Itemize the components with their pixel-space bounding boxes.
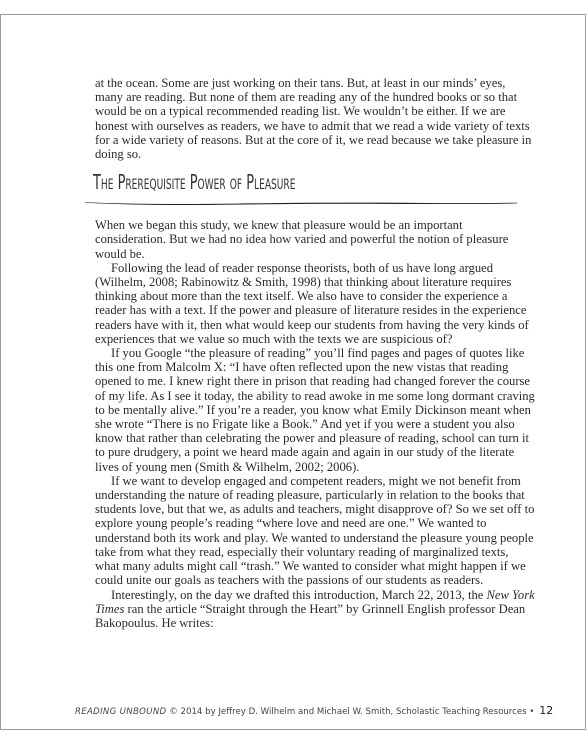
section-heading-block: The Prerequisite Power of Pleasure xyxy=(95,175,535,209)
paragraph-4: If we want to develop engaged and compet… xyxy=(95,474,535,588)
page-footer: READING UNBOUND © 2014 by Jeffrey D. Wil… xyxy=(75,704,505,717)
paragraph-5: Interestingly, on the day we drafted thi… xyxy=(95,588,535,631)
footer-separator: • xyxy=(527,707,538,717)
paragraph-5-text-a: Interestingly, on the day we drafted thi… xyxy=(111,588,487,602)
footer-credit: © 2014 by Jeffrey D. Wilhelm and Michael… xyxy=(166,707,526,717)
intro-paragraph: at the ocean. Some are just working on t… xyxy=(95,76,535,161)
paragraph-3: If you Google “the pleasure of reading” … xyxy=(95,346,535,474)
footer-book-title: READING UNBOUND xyxy=(75,707,166,717)
paragraph-2: Following the lead of reader response th… xyxy=(95,261,535,346)
page-number: 12 xyxy=(539,704,553,717)
paragraph-1: When we began this study, we knew that p… xyxy=(95,218,535,261)
page-body: at the ocean. Some are just working on t… xyxy=(95,76,535,630)
heading-underline-rule xyxy=(85,200,517,206)
paragraph-5-text-b: ran the article “Straight through the He… xyxy=(95,602,525,630)
section-heading: The Prerequisite Power of Pleasure xyxy=(93,175,295,189)
